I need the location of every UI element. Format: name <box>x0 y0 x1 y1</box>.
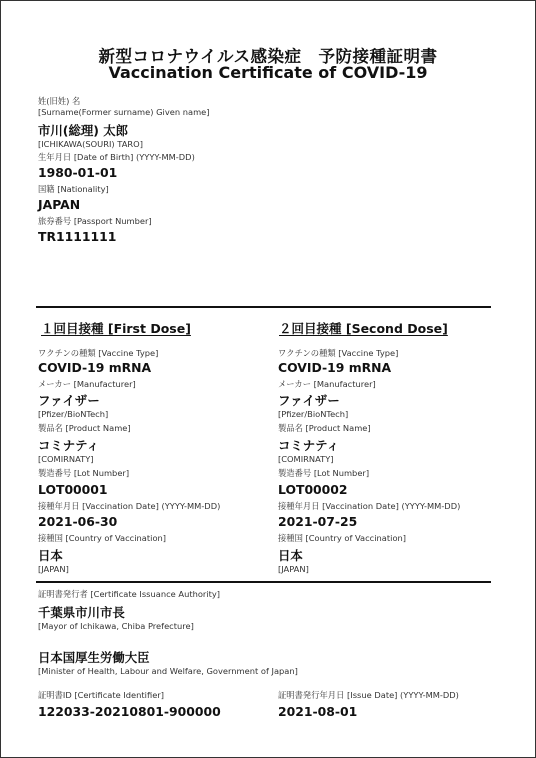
divider-bottom <box>36 581 491 583</box>
dose-1-manufacturer-label: メーカー [Manufacturer] <box>38 378 136 390</box>
dose-1-manufacturer: ファイザー <box>38 391 100 409</box>
dose-2-product-en: [COMIRNATY] <box>278 454 334 464</box>
dose-2-lot: LOT00002 <box>278 482 348 497</box>
dose-1-lot-label: 製造番号 [Lot Number] <box>38 467 129 479</box>
authority-en: [Mayor of Ichikawa, Chiba Prefecture] <box>38 621 194 631</box>
dose-2-vaccine-type-label: ワクチンの種類 [Vaccine Type] <box>278 347 398 359</box>
dose-1-lot: LOT00001 <box>38 482 108 497</box>
dose-1-country-label: 接種国 [Country of Vaccination] <box>38 532 166 544</box>
cert-id-label: 証明書ID [Certificate Identifier] <box>38 689 164 701</box>
dose-2-heading: ２回目接種 [Second Dose] <box>279 319 448 337</box>
dose-1-date-label: 接種年月日 [Vaccination Date] (YYYY-MM-DD) <box>38 500 220 512</box>
dose-2-vaccine-type: COVID-19 mRNA <box>278 360 391 375</box>
issue-date-label: 証明書発行年月日 [Issue Date] (YYYY-MM-DD) <box>278 689 459 701</box>
dose-1-manufacturer-en: [Pfizer/BioNTech] <box>38 409 108 419</box>
dose-1-product-en: [COMIRNATY] <box>38 454 94 464</box>
dose-1-country-en: [JAPAN] <box>38 564 69 574</box>
dob-value: 1980-01-01 <box>38 165 117 180</box>
nationality-value: JAPAN <box>38 197 80 212</box>
dose-2-country-label: 接種国 [Country of Vaccination] <box>278 532 406 544</box>
title-english: Vaccination Certificate of COVID-19 <box>1 63 535 82</box>
dose-1-heading: １回目接種 [First Dose] <box>41 319 191 337</box>
dose-2-date-label: 接種年月日 [Vaccination Date] (YYYY-MM-DD) <box>278 500 460 512</box>
authority-ja: 千葉県市川市長 <box>38 603 125 621</box>
dose-2-country: 日本 <box>278 546 303 564</box>
dose-1-product-label: 製品名 [Product Name] <box>38 422 131 434</box>
dose-2-date: 2021-07-25 <box>278 514 357 529</box>
name-label-en: [Surname(Former surname) Given name] <box>38 107 210 117</box>
dose-2-manufacturer-en: [Pfizer/BioNTech] <box>278 409 348 419</box>
authority-label: 証明書発行者 [Certificate Issuance Authority] <box>38 588 220 600</box>
dose-2-product: コミナティ <box>278 436 339 454</box>
dose-1-date: 2021-06-30 <box>38 514 117 529</box>
dose-1-vaccine-type-label: ワクチンの種類 [Vaccine Type] <box>38 347 158 359</box>
dob-label: 生年月日 [Date of Birth] (YYYY-MM-DD) <box>38 151 195 163</box>
minister-en: [Minister of Health, Labour and Welfare,… <box>38 666 298 676</box>
dose-2-lot-label: 製造番号 [Lot Number] <box>278 467 369 479</box>
dose-2-country-en: [JAPAN] <box>278 564 309 574</box>
name-romaji: [ICHIKAWA(SOURI) TARO] <box>38 139 143 149</box>
divider-top <box>36 306 491 308</box>
nationality-label: 国籍 [Nationality] <box>38 183 109 195</box>
dose-1-vaccine-type: COVID-19 mRNA <box>38 360 151 375</box>
passport-label: 旅券番号 [Passport Number] <box>38 215 152 227</box>
cert-id-value: 122033-20210801-900000 <box>38 704 221 719</box>
name-label-ja: 姓(旧姓) 名 <box>38 95 80 107</box>
dose-1-country: 日本 <box>38 546 63 564</box>
issue-date-value: 2021-08-01 <box>278 704 357 719</box>
minister-ja: 日本国厚生労働大臣 <box>38 648 150 666</box>
dose-1-product: コミナティ <box>38 436 99 454</box>
dose-2-manufacturer-label: メーカー [Manufacturer] <box>278 378 376 390</box>
dose-2-manufacturer: ファイザー <box>278 391 340 409</box>
certificate-page: 新型コロナウイルス感染症 予防接種証明書 Vaccination Certifi… <box>0 0 536 758</box>
dose-2-product-label: 製品名 [Product Name] <box>278 422 371 434</box>
name-value: 市川(総理) 太郎 <box>38 121 128 139</box>
passport-value: TR1111111 <box>38 229 116 244</box>
